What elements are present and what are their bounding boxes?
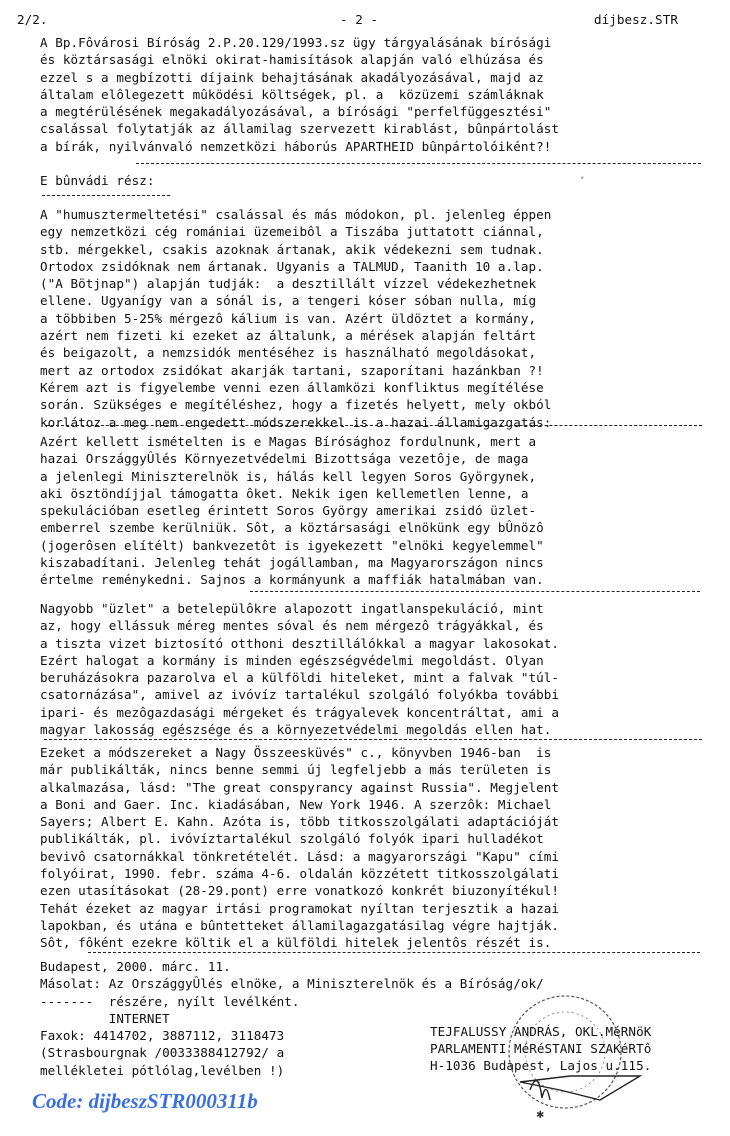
text-line: során. Szükséges e megítéléshez, hogy a … (40, 396, 730, 413)
divider (88, 952, 700, 953)
svg-text:✱: ✱ (536, 1110, 544, 1121)
text-line: a tiszta vizet biztosító otthoni desztil… (40, 635, 730, 652)
text-line: azért nem fizeti ki ezeket az általunk, … (40, 327, 730, 344)
text-line: ipari- és mezôgazdasági mérgeket és trág… (40, 704, 730, 721)
divider (136, 163, 701, 164)
text-line: Ezért halogat a kormány is minden egészs… (40, 652, 730, 669)
text-line: csalással folytatják az államilag szerve… (40, 120, 730, 137)
text-line: a jelenlegi Miniszterelnök is, hálás kel… (40, 468, 730, 485)
text-line: és köztársasági elnöki okirat-hamisításo… (40, 51, 730, 68)
text-line: a megtérülésének megakadályozásával, a b… (40, 103, 730, 120)
text-line: a Boni and Gaer. Inc. kiadásában, New Yo… (40, 796, 730, 813)
section-heading: E bûnvádi rész: (40, 172, 730, 189)
page-number: - 2 - (340, 12, 378, 27)
text-line: az, hogy ellássuk méreg mentes sóval és … (40, 617, 730, 634)
text-line: A "humusztermeltetési" csalással és más … (40, 206, 730, 223)
text-line: ezzel s a megbízotti díjaink behajtásána… (40, 69, 730, 86)
signature-block: TEJFALUSSY ANDRÁS, OKL.MéRNöK PARLAMENTI… (430, 1023, 651, 1074)
text-line: Nagyobb "üzlet" a betelepülôkre alapozot… (40, 600, 730, 617)
section-title-underline (42, 195, 170, 196)
text-line: folyóirat, 1990. febr. száma 4-6. oldalá… (40, 865, 730, 882)
text-line: publikálták, pl. ivóvíztartalékul szolgá… (40, 830, 730, 847)
text-line: kiszabadítani. Jelenleg tehát jogállamba… (40, 554, 730, 571)
document-page: 2/2. - 2 - díjbesz.STR A Bp.Fôvárosi Bír… (0, 0, 730, 1136)
text-line: értelme reménykedni. Sajnos a kormányunk… (40, 571, 730, 588)
date-line: Budapest, 2000. márc. 11. (40, 958, 730, 975)
text-line: Azért kellett ismételten is e Magas Bíró… (40, 433, 730, 450)
text-line: és beigazolt, a nemzsidók mentéséhez is … (40, 344, 730, 361)
text-line: (jogerôsen elítélt) bankvezetôt is igyek… (40, 537, 730, 554)
text-line: a bírák, nyilvánvaló nemzetközi háborús … (40, 138, 730, 155)
text-line: spekulációban esetleg érintett Soros Gyö… (40, 502, 730, 519)
text-line: már publikálták, nincs benne semmi új le… (40, 761, 730, 778)
document-code: Code: dijbeszSTR000311b (32, 1089, 258, 1114)
text-line: mert az ortodox zsidókat akarják tartani… (40, 362, 730, 379)
page-fraction: 2/2. (17, 12, 48, 27)
text-line: Sayers; Albert E. Kahn. Azóta is, több t… (40, 813, 730, 830)
text-line: Sôt, fôként ezekre költik el a külföldi … (40, 934, 730, 951)
paragraph-4: Ezeket a módszereket a Nagy Összeesküvés… (40, 744, 730, 952)
text-line: ellene. Ugyanígy van a sónál is, a tenge… (40, 292, 730, 309)
text-line: ezen utasításokat (28-29.pont) erre vona… (40, 882, 730, 899)
text-line: stb. mérgekkel, csakis azoknak ártanak, … (40, 241, 730, 258)
text-line: emberrel szembe kerülniük. Sôt, a köztár… (40, 519, 730, 536)
text-line: lapokban, és utána e bûntetteket államil… (40, 917, 730, 934)
text-line: általam elôlegezett mûködési költségek, … (40, 86, 730, 103)
text-line: ("A Bötjnap") alapján tudják: a desztill… (40, 275, 730, 292)
text-line: alkalmazása, lásd: "The great conspyranc… (40, 779, 730, 796)
text-line: beruházásokra pazarolva el a külföldi hi… (40, 669, 730, 686)
paragraph-2: Azért kellett ismételten is e Magas Bíró… (40, 433, 730, 589)
text-line: Ezeket a módszereket a Nagy Összeesküvés… (40, 744, 730, 761)
text-line: hazai OrszággyÛlés Környezetvédelmi Bizo… (40, 450, 730, 467)
text-line: bevivô csatornákkal tönkretételét. Lásd:… (40, 848, 730, 865)
text-line: magyar lakosság egészsége és a környezet… (40, 721, 730, 738)
text-line: Kérem azt is figyelembe venni ezen állam… (40, 379, 730, 396)
divider (46, 425, 702, 426)
file-name: díjbesz.STR (594, 12, 678, 27)
text-line: a többiben 5-25% mérgezô kálium is van. … (40, 310, 730, 327)
text-line: aki ösztöndíjjal támogatta ôket. Nekik i… (40, 485, 730, 502)
intro-paragraph: A Bp.Fôvárosi Bíróság 2.P.20.129/1993.sz… (40, 34, 730, 155)
divider (44, 739, 702, 740)
signature-line: TEJFALUSSY ANDRÁS, OKL.MéRNöK (430, 1023, 651, 1040)
text-line: korlátoz a meg nem engedett módszerekkel… (40, 414, 730, 431)
text-line: csatornázása", amivel az ivóvíz tartalék… (40, 686, 730, 703)
text-line: egy nemzetközi cég romániai üzemeibôl a … (40, 223, 730, 240)
text-line: A Bp.Fôvárosi Bíróság 2.P.20.129/1993.sz… (40, 34, 730, 51)
signature-line: H-1036 Budapest, Lajos u.115. (430, 1057, 651, 1074)
text-line: Tehát ézeket az magyar irtási programoka… (40, 900, 730, 917)
section-title: E bûnvádi rész: (40, 172, 730, 189)
divider (250, 591, 700, 592)
text-line: Ortodox zsidóknak nem ártanak. Ugyanis a… (40, 258, 730, 275)
paragraph-1: A "humusztermeltetési" csalással és más … (40, 206, 730, 431)
signature-line: PARLAMENTI MéRéSTANI SZAKéRTô (430, 1040, 651, 1057)
paragraph-3: Nagyobb "üzlet" a betelepülôkre alapozot… (40, 600, 730, 738)
